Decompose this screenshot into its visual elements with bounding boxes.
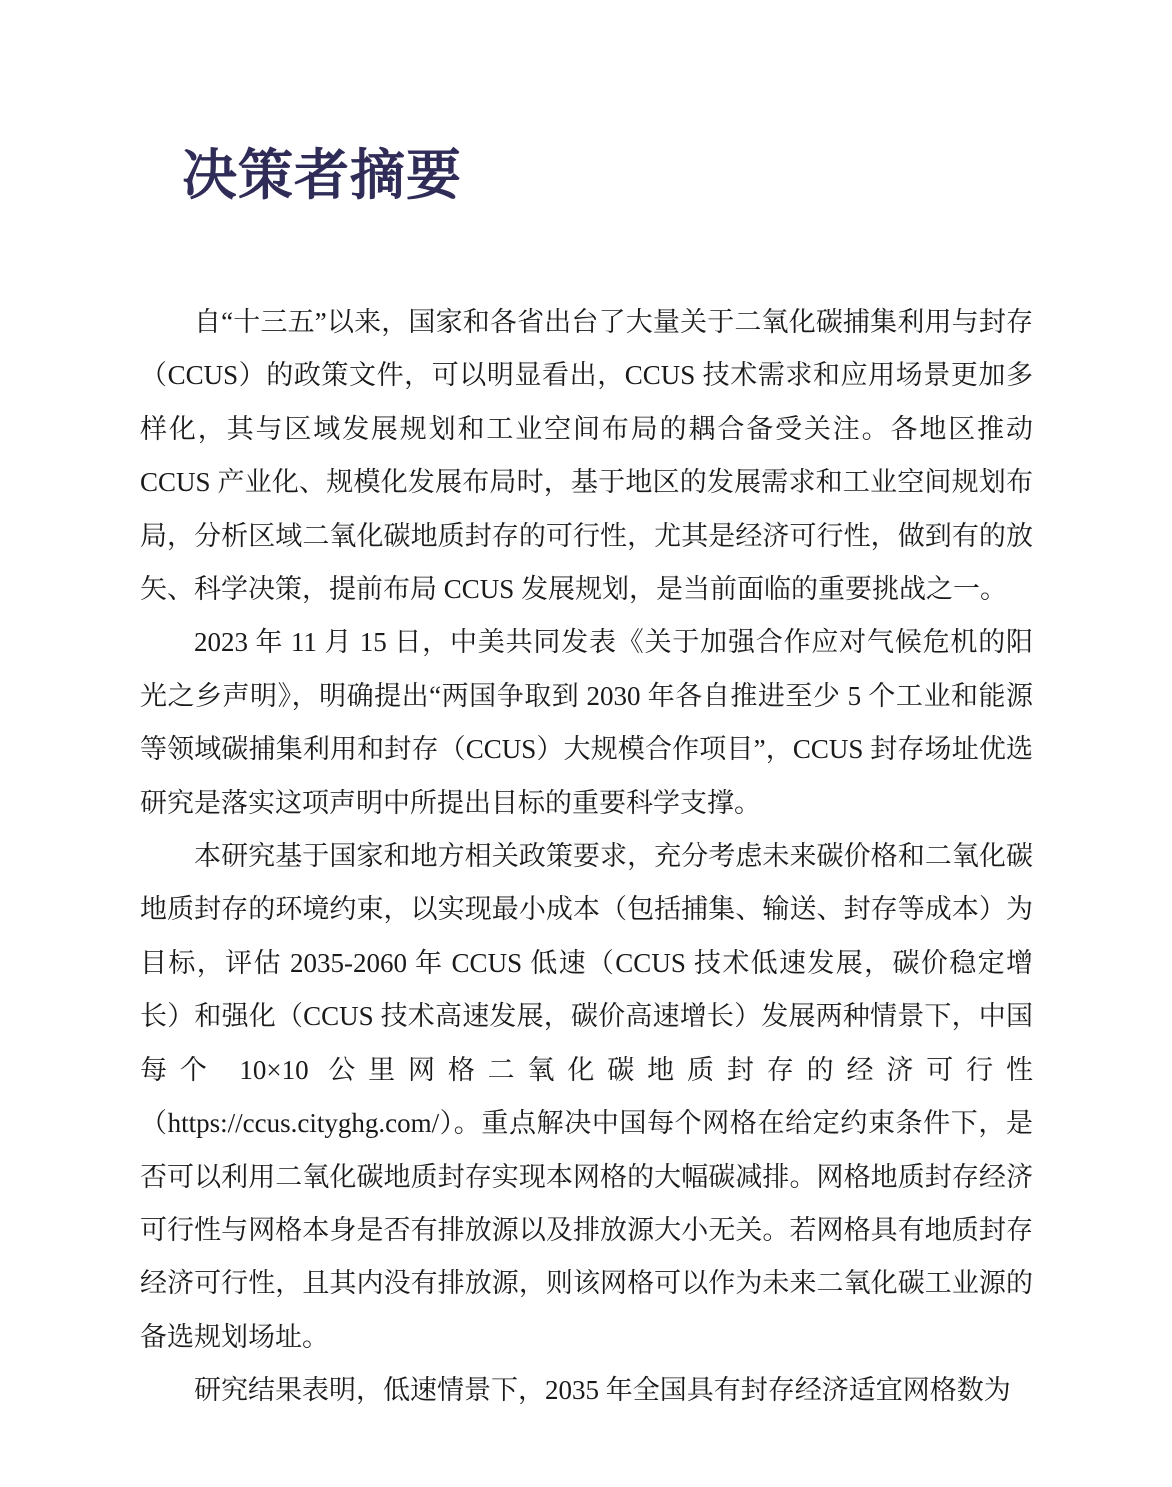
- document-page: 决策者摘要 自“十三五”以来，国家和各省出台了大量关于二氧化碳捕集利用与封存（C…: [0, 0, 1172, 1487]
- page-content: 决策者摘要 自“十三五”以来，国家和各省出台了大量关于二氧化碳捕集利用与封存（C…: [140, 140, 1033, 1418]
- paragraph: 本研究基于国家和地方相关政策要求，充分考虑未来碳价格和二氧化碳地质封存的环境约束…: [140, 830, 1033, 1364]
- paragraph: 研究结果表明，低速情景下，2035 年全国具有封存经济适宜网格数为: [140, 1364, 1033, 1417]
- body-text: 自“十三五”以来，国家和各省出台了大量关于二氧化碳捕集利用与封存（CCUS）的政…: [140, 296, 1033, 1418]
- paragraph: 自“十三五”以来，国家和各省出台了大量关于二氧化碳捕集利用与封存（CCUS）的政…: [140, 296, 1033, 616]
- page-title: 决策者摘要: [182, 140, 1033, 212]
- paragraph: 2023 年 11 月 15 日，中美共同发表《关于加强合作应对气候危机的阳光之…: [140, 616, 1033, 830]
